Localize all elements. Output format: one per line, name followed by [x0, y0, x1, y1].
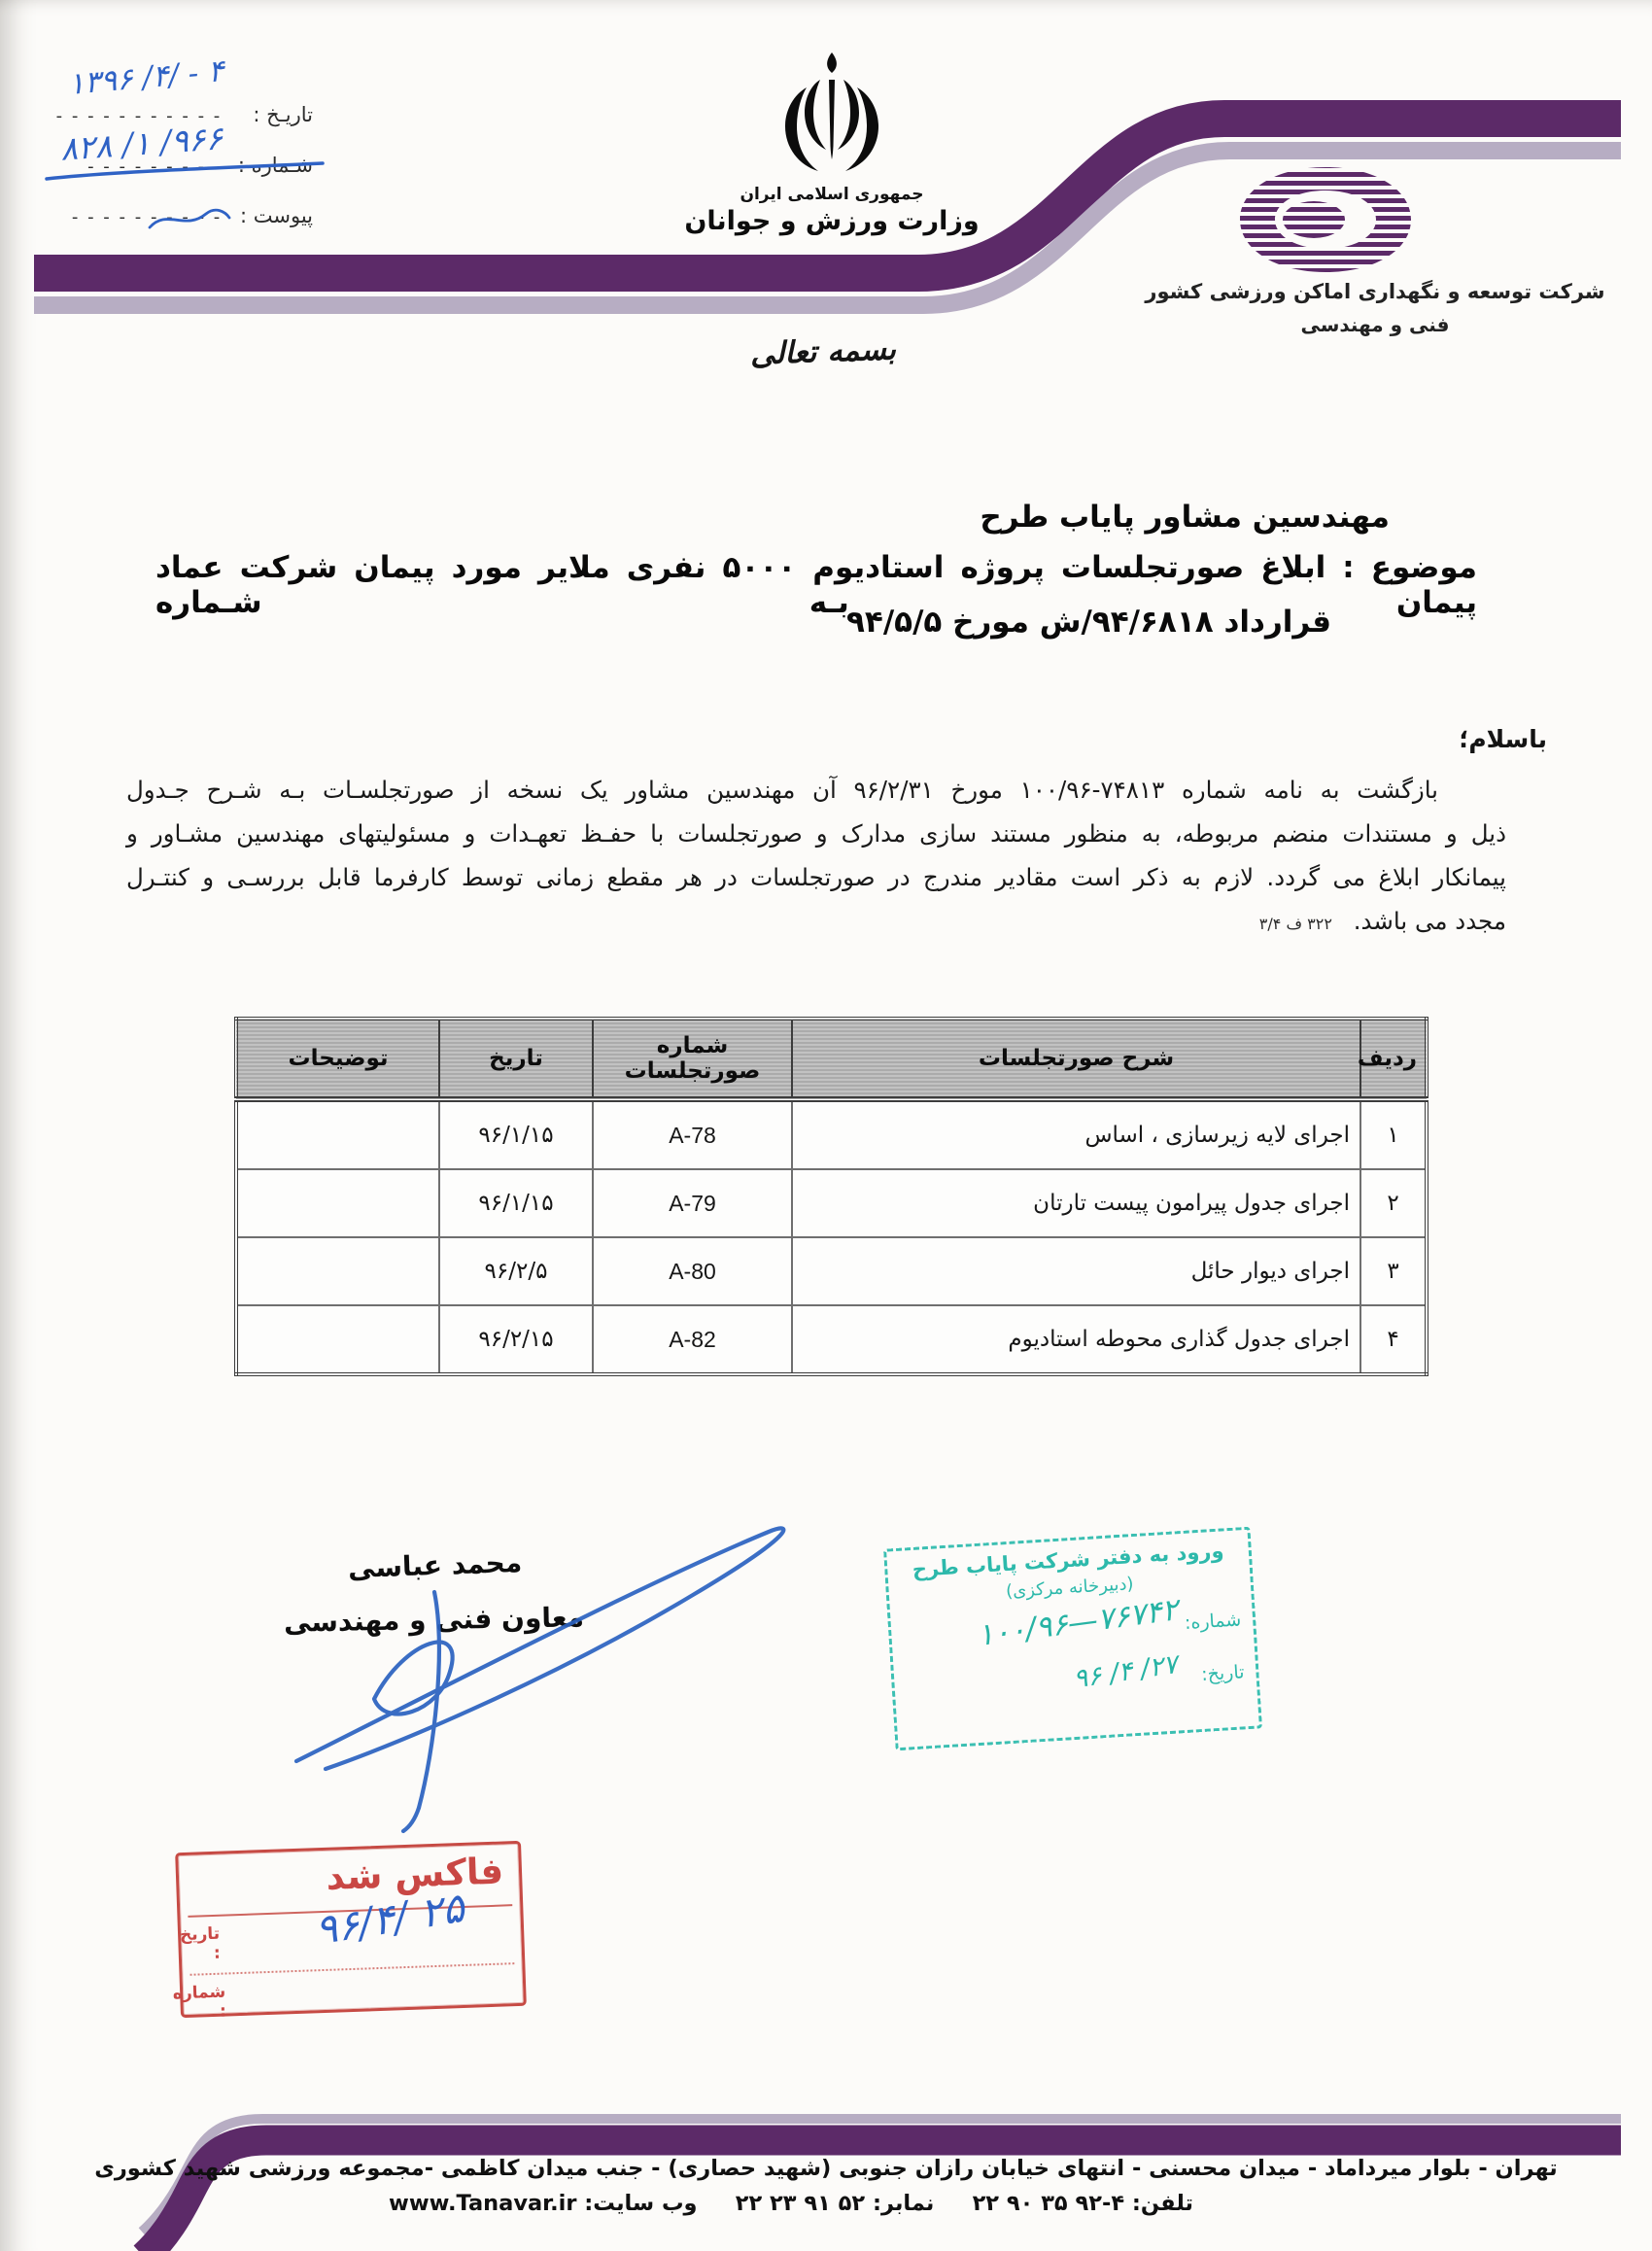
body-line-3: پیمانکار ابلاغ می گردد. لازم به ذکر است …	[126, 863, 1506, 891]
minutes-table: ردیف شرح صورتجلسات شماره صورتجلسات تاریخ…	[234, 1017, 1428, 1376]
row4-description: اجرای جدول گذاری محوطه استادیوم	[792, 1305, 1360, 1374]
scanned-letter-page: تاريـخ : - - - - - - - - - - - ۱۳۹۶ /۴/ …	[0, 0, 1652, 2251]
date-label: تاريـخ :	[229, 103, 313, 126]
contract-line: قرارداد ۹۴/۶۸۱۸/ش مورخ ۹۴/۵/۵	[846, 605, 1331, 640]
fax-stamp-date-label: تاریخ :	[180, 1924, 222, 1964]
row2-description: اجرای جدول پیرامون پیست تارتان	[792, 1169, 1360, 1237]
striped-oval-logo-icon	[1236, 163, 1415, 276]
company-name: شرکت توسعه و نگهداری اماکن ورزشی کشور	[1127, 280, 1623, 303]
entry-stamp-date-label: تاریخ:	[1201, 1661, 1245, 1685]
entry-stamp-number-label: شماره:	[1184, 1609, 1241, 1634]
entry-stamp-number-row: شماره: ۱۰۰/۹۶—۷۶۷۴۲	[900, 1597, 1244, 1660]
entry-stamp-date-row: تاریخ: ۹۶ /۴ /۲۷	[904, 1649, 1248, 1713]
fax-stamp-divider2	[189, 1962, 514, 1976]
fax-stamp: فاکس شد تاریخ : شماره : ۹۶/۴/ ۲۵	[175, 1841, 527, 2018]
row3-minutes-no: A-80	[593, 1237, 792, 1305]
row1-remarks	[236, 1099, 439, 1169]
country-name: جمهوری اسلامی ایران	[661, 185, 1003, 204]
table-row: ۳ اجرای دیوار حائل A-80 ۹۶/۲/۵	[236, 1237, 1427, 1305]
row1-minutes-no: A-78	[593, 1099, 792, 1169]
row1-date: ۹۶/۱/۱۵	[439, 1099, 593, 1169]
footer-address: تهران - بلوار میرداماد - میدان محسنی - ا…	[87, 2156, 1565, 2181]
header-description: شرح صورتجلسات	[792, 1019, 1360, 1099]
table-row: ۲ اجرای جدول پیرامون پیست تارتان A-79 ۹۶…	[236, 1169, 1427, 1237]
row4-remarks	[236, 1305, 439, 1374]
row3-remarks	[236, 1237, 439, 1305]
body-line-4: مجدد می باشد. ۳۲۲ ف ۳/۴	[126, 907, 1506, 935]
row4-no: ۴	[1360, 1305, 1427, 1374]
header-date: تاریخ	[439, 1019, 593, 1099]
company-department: فنی و مهندسی	[1127, 313, 1623, 336]
row4-minutes-no: A-82	[593, 1305, 792, 1374]
pen-signature	[228, 1477, 850, 1837]
table-row: ۴ اجرای جدول گذاری محوطه استادیوم A-82 ۹…	[236, 1305, 1427, 1374]
body-margin-note: ۳۲۲ ف ۳/۴	[1259, 915, 1332, 933]
row2-remarks	[236, 1169, 439, 1237]
row3-description: اجرای دیوار حائل	[792, 1237, 1360, 1305]
fax-stamp-number-label: شماره :	[173, 1983, 227, 2024]
iran-emblem-icon	[777, 51, 886, 185]
header-row-no: ردیف	[1360, 1019, 1427, 1099]
row3-date: ۹۶/۲/۵	[439, 1237, 593, 1305]
row3-no: ۳	[1360, 1237, 1427, 1305]
row2-date: ۹۶/۱/۱۵	[439, 1169, 593, 1237]
ministry-name: وزارت ورزش و جوانان	[661, 206, 1003, 236]
national-header: جمهوری اسلامی ایران وزارت ورزش و جوانان	[661, 185, 1003, 236]
attachment-label: پيوست :	[229, 204, 313, 227]
body-line-2: ذیل و مستندات منضم مربوطه، به منظور مستن…	[126, 819, 1506, 848]
header-minutes-no: شماره صورتجلسات	[593, 1019, 792, 1099]
footer-contact: تلفن: ۴-۹۲ ۳۵ ۹۰ ۲۲ نمابر: ۵۲ ۹۱ ۲۳ ۲۲ و…	[52, 2191, 1530, 2216]
recipient-line: مهندسین مشاور پایاب طرح	[980, 500, 1390, 535]
entry-stamp: ورود به دفتر شرکت پایاب طرح (دبیرخانه مر…	[883, 1527, 1262, 1751]
row1-no: ۱	[1360, 1099, 1427, 1169]
entry-stamp-date-value: ۹۶ /۴ /۲۷	[1072, 1649, 1180, 1695]
row4-date: ۹۶/۲/۱۵	[439, 1305, 593, 1374]
body-line-1: بازگشت به نامه شماره ۷۴۸۱۳-۱۰۰/۹۶ مورخ ۹…	[126, 776, 1506, 804]
salutation: باسلام؛	[1459, 725, 1547, 753]
row1-description: اجرای لایه زیرسازی ، اساس	[792, 1099, 1360, 1169]
attachment-squiggle	[146, 202, 233, 237]
row2-no: ۲	[1360, 1169, 1427, 1237]
header-remarks: توضیحات	[236, 1019, 439, 1099]
body-line-4-text: مجدد می باشد.	[1354, 907, 1506, 935]
table-row: ۱ اجرای لایه زیرسازی ، اساس A-78 ۹۶/۱/۱۵	[236, 1099, 1427, 1169]
row2-minutes-no: A-79	[593, 1169, 792, 1237]
bismillah: بسمه تعالی	[749, 331, 896, 371]
table-header-row: ردیف شرح صورتجلسات شماره صورتجلسات تاریخ…	[236, 1019, 1427, 1099]
handwritten-number-strike	[39, 146, 330, 194]
